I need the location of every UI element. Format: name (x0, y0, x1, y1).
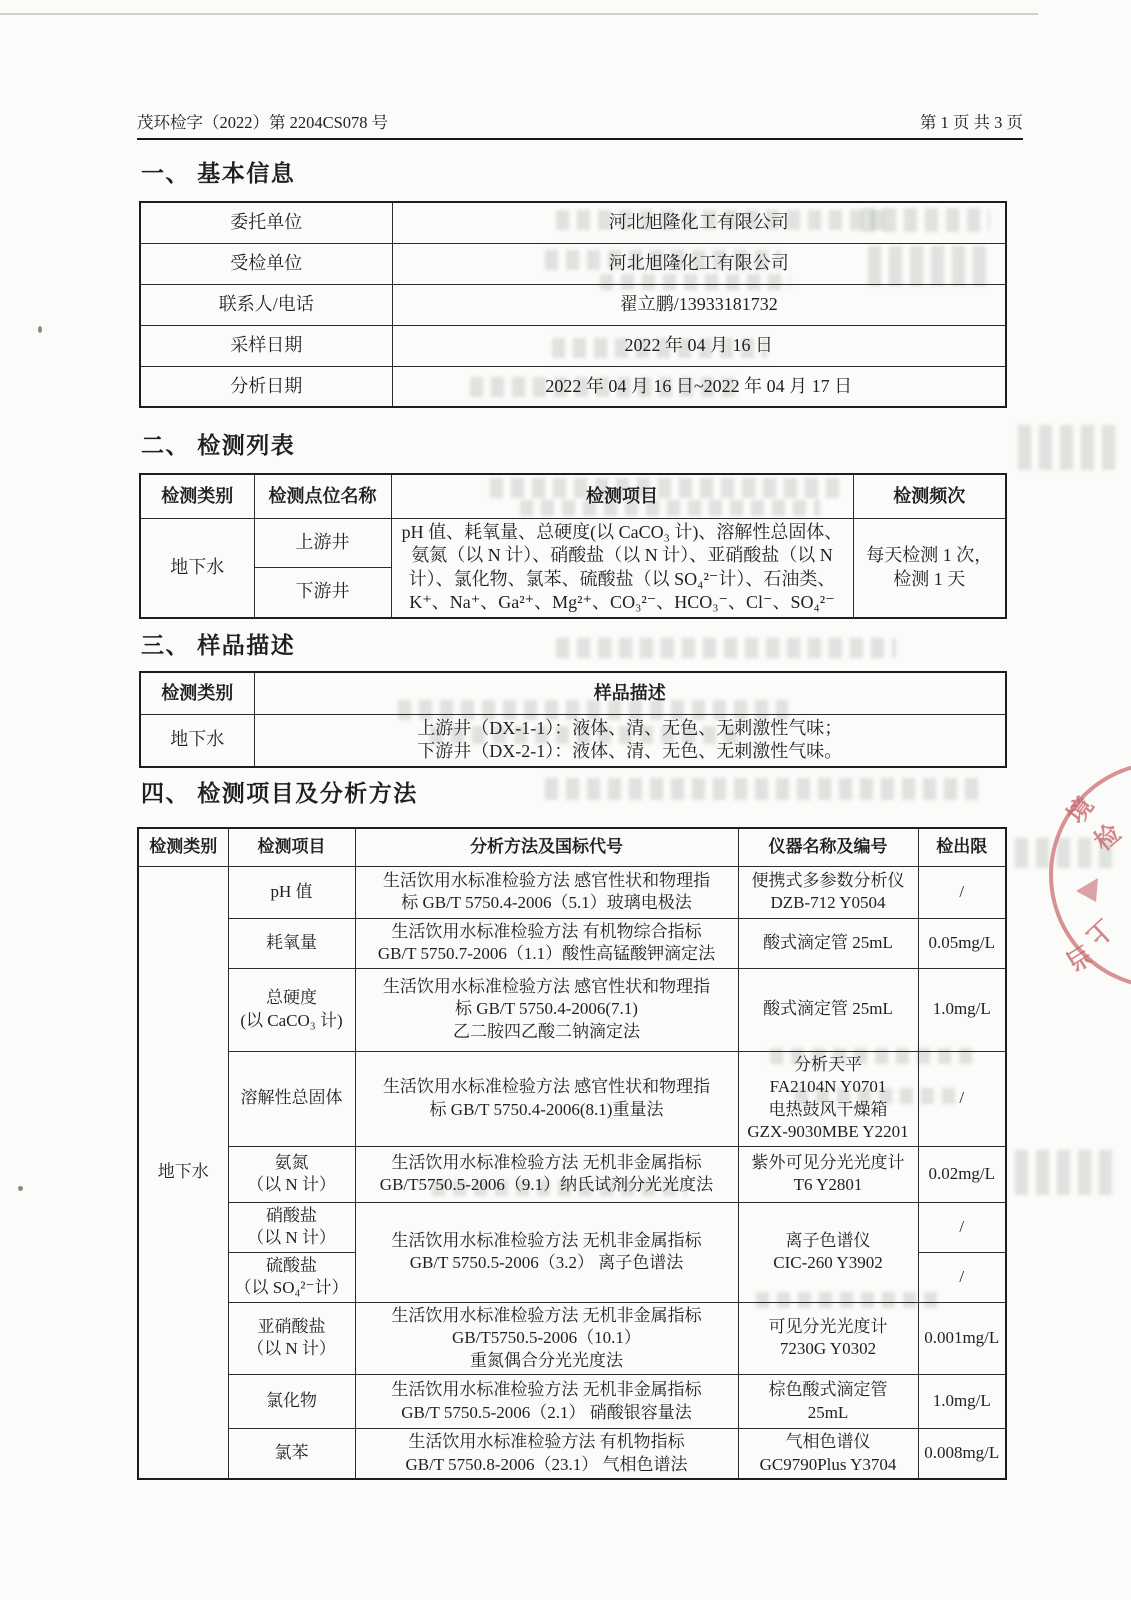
table-row: 采样日期 2022 年 04 月 16 日 (140, 325, 1006, 366)
stamp-star-point (1076, 878, 1098, 902)
method-cell: 生活饮用水标准检验方法 感官性状和物理指 标 GB/T 5750.4-2006(… (355, 1051, 738, 1146)
category-cell: 地下水 (138, 866, 228, 1479)
limit-cell: 0.02mg/L (918, 1146, 1006, 1202)
method-cell: 生活饮用水标准检验方法 无机非金属指标 GB/T 5750.5-2006（3.2… (355, 1202, 738, 1302)
limit-cell: 1.0mg/L (918, 1375, 1006, 1429)
table-row: 亚硝酸盐 （以 N 计） 生活饮用水标准检验方法 无机非金属指标 GB/T575… (138, 1302, 1006, 1375)
category-cell: 地下水 (140, 518, 254, 618)
method-cell: 生活饮用水标准检验方法 无机非金属指标 GB/T 5750.5-2006（2.1… (355, 1375, 738, 1429)
item-cell: 溶解性总固体 (228, 1051, 355, 1146)
stamp-character: 当 (1060, 939, 1096, 976)
column-header: 分析方法及国标代号 (355, 828, 738, 866)
header-rule (137, 138, 1023, 140)
column-header: 检测项目 (228, 828, 355, 866)
limit-cell: / (918, 866, 1006, 918)
method-cell: 生活饮用水标准检验方法 无机非金属指标 GB/T5750.5-2006（10.1… (355, 1302, 738, 1375)
page-header: 茂环检字（2022）第 2204CS078 号 第 1 页 共 3 页 (137, 112, 1023, 134)
field-value: 2022 年 04 月 16 日~2022 年 04 月 17 日 (392, 366, 1006, 407)
scan-speck (38, 326, 42, 333)
item-cell: 总硬度 (以 CaCO₃ 计) (228, 968, 355, 1051)
instrument-cell: 离子色谱仪 CIC-260 Y3902 (738, 1202, 918, 1302)
limit-cell: 0.008mg/L (918, 1429, 1006, 1480)
instrument-cell: 紫外可见分光光度计 T6 Y2801 (738, 1146, 918, 1202)
item-cell: 硫酸盐 （以 SO₄²⁻计） (228, 1252, 355, 1302)
table-row: 氯苯 生活饮用水标准检验方法 有机物指标 GB/T 5750.8-2006（23… (138, 1429, 1006, 1480)
stamp-character: 检 (1089, 819, 1126, 857)
method-cell: 生活饮用水标准检验方法 无机非金属指标 GB/T5750.5-2006（9.1）… (355, 1146, 738, 1202)
limit-cell: / (918, 1252, 1006, 1302)
document-page: 茂环检字（2022）第 2204CS078 号 第 1 页 共 3 页 一、 基… (0, 0, 1131, 1600)
basic-info-table: 委托单位 河北旭隆化工有限公司 受检单位 河北旭隆化工有限公司 联系人/电话 翟… (139, 201, 1007, 408)
field-label: 受检单位 (140, 243, 392, 284)
section-title-methods: 四、 检测项目及分析方法 (141, 775, 418, 808)
instrument-cell: 酸式滴定管 25mL (738, 918, 918, 968)
table-row: 地下水 pH 值 生活饮用水标准检验方法 感官性状和物理指 标 GB/T 575… (138, 866, 1006, 918)
stamp-character: 境 (1061, 792, 1099, 829)
item-cell: 氨氮 （以 N 计） (228, 1146, 355, 1202)
method-cell: 生活饮用水标准检验方法 有机物指标 GB/T 5750.8-2006（23.1）… (355, 1429, 738, 1480)
table-row: 氯化物 生活饮用水标准检验方法 无机非金属指标 GB/T 5750.5-2006… (138, 1375, 1006, 1429)
limit-cell: 1.0mg/L (918, 968, 1006, 1051)
field-value: 2022 年 04 月 16 日 (392, 325, 1006, 366)
section-title-sample-desc: 三、 样品描述 (141, 627, 295, 660)
instrument-cell: 气相色谱仪 GC9790Plus Y3704 (738, 1429, 918, 1480)
frequency-cell: 每天检测 1 次， 检测 1 天 (853, 518, 1006, 618)
field-value: 翟立鹏/13933181732 (392, 284, 1006, 325)
table-header-row: 检测类别 样品描述 (140, 672, 1006, 714)
column-header: 仪器名称及编号 (738, 828, 918, 866)
bleed-through-artifact (556, 638, 896, 658)
table-row: 受检单位 河北旭隆化工有限公司 (140, 243, 1006, 284)
table-row: 总硬度 (以 CaCO₃ 计) 生活饮用水标准检验方法 感官性状和物理指 标 G… (138, 968, 1006, 1051)
field-label: 分析日期 (140, 366, 392, 407)
point-name-cell: 下游井 (254, 567, 391, 617)
sample-desc-table: 检测类别 样品描述 地下水 上游井（DX-1-1）：液体、清、无色、无刺激性气味… (139, 671, 1007, 768)
method-cell: 生活饮用水标准检验方法 感官性状和物理指 标 GB/T 5750.4-2006（… (355, 866, 738, 918)
field-label: 采样日期 (140, 325, 392, 366)
page-indicator: 第 1 页 共 3 页 (920, 112, 1023, 134)
column-header: 检测类别 (140, 474, 254, 518)
section-title-test-list: 二、 检测列表 (141, 427, 295, 460)
doc-number: 茂环检字（2022）第 2204CS078 号 (137, 112, 388, 134)
item-cell: 氯化物 (228, 1375, 355, 1429)
column-header: 样品描述 (254, 672, 1006, 714)
limit-cell: / (918, 1051, 1006, 1146)
instrument-cell: 棕色酸式滴定管 25mL (738, 1375, 918, 1429)
field-label: 委托单位 (140, 202, 392, 243)
column-header: 检测类别 (140, 672, 254, 714)
table-row: 地下水 上游井（DX-1-1）：液体、清、无色、无刺激性气味； 下游井（DX-2… (140, 714, 1006, 767)
scan-speck (18, 1186, 23, 1191)
item-cell: 耗氧量 (228, 918, 355, 968)
item-cell: 氯苯 (228, 1429, 355, 1480)
scan-edge-line (0, 13, 1038, 15)
column-header: 检测点位名称 (254, 474, 391, 518)
table-row: 分析日期 2022 年 04 月 16 日~2022 年 04 月 17 日 (140, 366, 1006, 407)
red-seal-stamp: 境 检 上 当 (1000, 752, 1131, 1012)
bleed-through-artifact (1015, 838, 1120, 868)
table-row: 硝酸盐 （以 N 计） 生活饮用水标准检验方法 无机非金属指标 GB/T 575… (138, 1202, 1006, 1252)
methods-table: 检测类别 检测项目 分析方法及国标代号 仪器名称及编号 检出限 地下水 pH 值… (137, 827, 1007, 1480)
limit-cell: / (918, 1202, 1006, 1252)
bleed-through-artifact (545, 778, 985, 800)
field-value: 河北旭隆化工有限公司 (392, 243, 1006, 284)
table-header-row: 检测类别 检测项目 分析方法及国标代号 仪器名称及编号 检出限 (138, 828, 1006, 866)
instrument-cell: 便携式多参数分析仪 DZB-712 Y0504 (738, 866, 918, 918)
table-row: 氨氮 （以 N 计） 生活饮用水标准检验方法 无机非金属指标 GB/T5750.… (138, 1146, 1006, 1202)
test-items-cell: pH 值、耗氧量、总硬度(以 CaCO₃ 计)、溶解性总固体、 氨氮（以 N 计… (391, 518, 853, 618)
method-cell: 生活饮用水标准检验方法 感官性状和物理指 标 GB/T 5750.4-2006(… (355, 968, 738, 1051)
item-cell: 硝酸盐 （以 N 计） (228, 1202, 355, 1252)
stamp-ring (1051, 763, 1131, 987)
stamp-character: 上 (1081, 913, 1118, 951)
test-list-table: 检测类别 检测点位名称 检测项目 检测频次 地下水 上游井 pH 值、耗氧量、总… (139, 473, 1007, 619)
category-cell: 地下水 (140, 714, 254, 767)
limit-cell: 0.001mg/L (918, 1302, 1006, 1375)
column-header: 检出限 (918, 828, 1006, 866)
bleed-through-artifact (1015, 1150, 1115, 1195)
sample-desc-cell: 上游井（DX-1-1）：液体、清、无色、无刺激性气味； 下游井（DX-2-1）：… (254, 714, 1006, 767)
section-title-basic-info: 一、 基本信息 (141, 155, 295, 188)
table-row: 地下水 上游井 pH 值、耗氧量、总硬度(以 CaCO₃ 计)、溶解性总固体、 … (140, 518, 1006, 567)
bleed-through-artifact (1018, 425, 1118, 470)
table-header-row: 检测类别 检测点位名称 检测项目 检测频次 (140, 474, 1006, 518)
method-cell: 生活饮用水标准检验方法 有机物综合指标 GB/T 5750.7-2006（1.1… (355, 918, 738, 968)
limit-cell: 0.05mg/L (918, 918, 1006, 968)
instrument-cell: 酸式滴定管 25mL (738, 968, 918, 1051)
column-header: 检测项目 (391, 474, 853, 518)
column-header: 检测频次 (853, 474, 1006, 518)
field-value: 河北旭隆化工有限公司 (392, 202, 1006, 243)
field-label: 联系人/电话 (140, 284, 392, 325)
instrument-cell: 分析天平 FA2104N Y0701 电热鼓风干燥箱 GZX-9030MBE Y… (738, 1051, 918, 1146)
item-cell: pH 值 (228, 866, 355, 918)
table-row: 联系人/电话 翟立鹏/13933181732 (140, 284, 1006, 325)
table-row: 溶解性总固体 生活饮用水标准检验方法 感官性状和物理指 标 GB/T 5750.… (138, 1051, 1006, 1146)
table-row: 委托单位 河北旭隆化工有限公司 (140, 202, 1006, 243)
column-header: 检测类别 (138, 828, 228, 866)
instrument-cell: 可见分光光度计 7230G Y0302 (738, 1302, 918, 1375)
item-cell: 亚硝酸盐 （以 N 计） (228, 1302, 355, 1375)
table-row: 耗氧量 生活饮用水标准检验方法 有机物综合指标 GB/T 5750.7-2006… (138, 918, 1006, 968)
point-name-cell: 上游井 (254, 518, 391, 567)
